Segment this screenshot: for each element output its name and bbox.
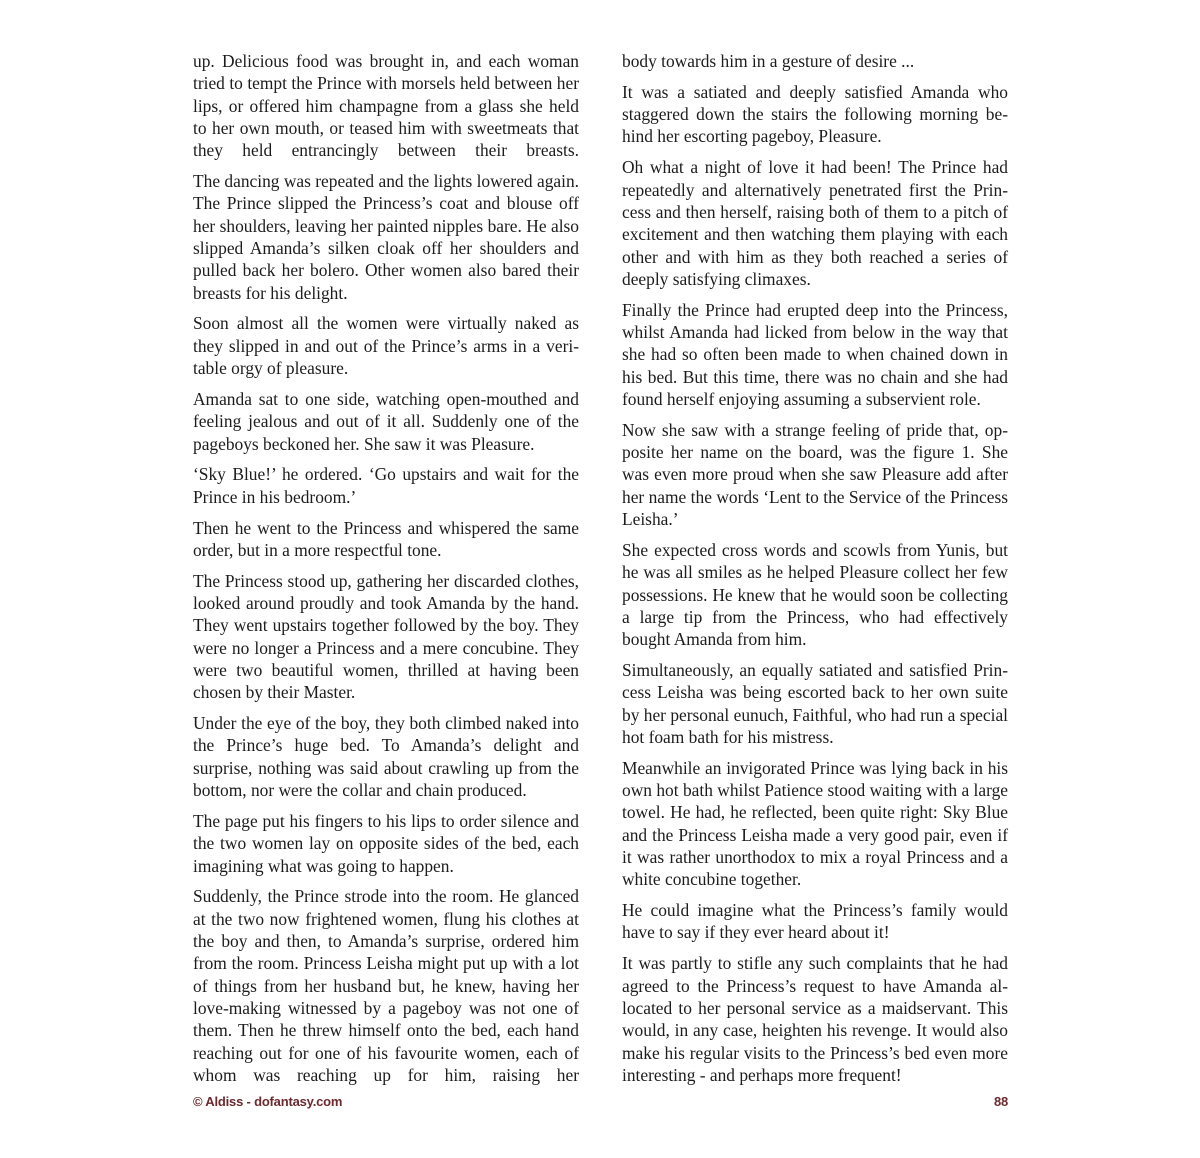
paragraph: Finally the Prince had erupted deep into… [622, 299, 1008, 410]
paragraph: The Princess stood up, gathering her dis… [193, 570, 579, 704]
footer-copyright: © Aldiss - dofantasy.com [193, 1094, 342, 1109]
paragraph: He could imagine what the Princess’s fam… [622, 899, 1008, 944]
paragraph: Amanda sat to one side, watching open-mo… [193, 388, 579, 455]
paragraph: The dancing was repeated and the lights … [193, 170, 579, 304]
paragraph: She expected cross words and scowls from… [622, 539, 1008, 650]
paragraph: Oh what a night of love it had been! The… [622, 156, 1008, 290]
paragraph: ‘Sky Blue!’ he ordered. ‘Go upstairs and… [193, 463, 579, 508]
right-text-column: body towards him in a gesture of desire … [622, 50, 1008, 1095]
left-text-column: up. Delicious food was brought in, and e… [193, 50, 579, 1095]
page-number: 88 [994, 1094, 1008, 1109]
paragraph: It was a satiated and deeply satisfied A… [622, 81, 1008, 148]
paragraph: Soon almost all the women were virtually… [193, 312, 579, 379]
paragraph: The page put his fingers to his lips to … [193, 810, 579, 877]
paragraph: body towards him in a gesture of desire … [622, 50, 1008, 72]
paragraph: Suddenly, the Prince strode into the roo… [193, 885, 579, 1086]
paragraph: It was partly to stifle any such complai… [622, 952, 1008, 1086]
paragraph: Simultaneously, an equally satiated and … [622, 659, 1008, 748]
paragraph: Then he went to the Princess and whisper… [193, 517, 579, 562]
document-page: up. Delicious food was brought in, and e… [0, 0, 1200, 1158]
paragraph: Meanwhile an invigorated Prince was lyin… [622, 757, 1008, 891]
paragraph: up. Delicious food was brought in, and e… [193, 50, 579, 161]
paragraph: Now she saw with a strange feeling of pr… [622, 419, 1008, 530]
paragraph: Under the eye of the boy, they both clim… [193, 712, 579, 801]
